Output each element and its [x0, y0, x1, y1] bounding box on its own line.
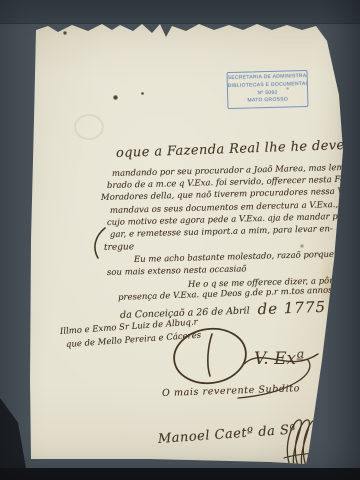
fox-spot — [63, 31, 67, 35]
background-bottom-strip — [0, 468, 360, 480]
signature-flourish — [280, 414, 322, 470]
svg-text:V. Exª: V. Exª — [254, 349, 304, 369]
fox-spot — [113, 95, 118, 100]
manuscript-continuation-word: tregue — [104, 242, 134, 253]
background-top-band — [0, 0, 360, 24]
manuscript-page: SECRETARIA DE ADMINISTRAÇÃO BIBLIOTECAS … — [0, 0, 360, 480]
fox-spot — [141, 92, 144, 95]
stamp-line: MATO GROSSO — [228, 96, 307, 106]
manuscript-photograph: SECRETARIA DE ADMINISTRAÇÃO BIBLIOTECAS … — [0, 0, 360, 480]
fox-spot — [300, 244, 304, 248]
archive-stamp: SECRETARIA DE ADMINISTRAÇÃO BIBLIOTECAS … — [227, 70, 309, 109]
stain-ring — [74, 114, 104, 140]
